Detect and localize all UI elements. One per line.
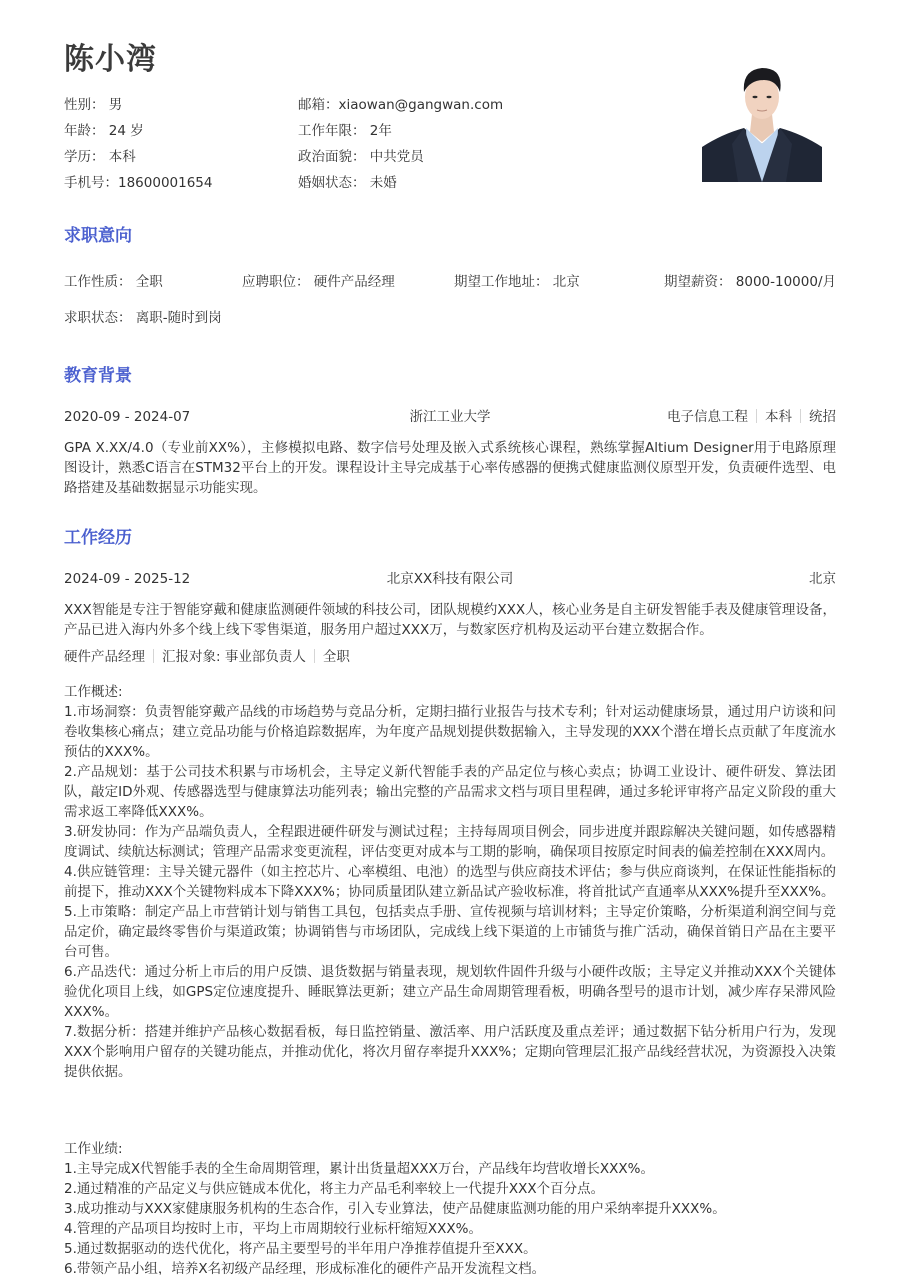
work-overview: 工作概述: 1.市场洞察：负责智能穿戴产品线的市场趋势与竞品分析，定期扫描行业报…	[64, 682, 836, 1082]
achievement-item: 3.成功推动与XXX家健康服务机构的生态合作，引入专业算法，使产品健康监测功能的…	[64, 1199, 836, 1219]
info-label: 手机号：	[64, 175, 118, 191]
intent-location: 期望工作地址： 北京	[454, 272, 660, 292]
info-value: 未婚	[370, 175, 397, 191]
overview-item: 7.数据分析：搭建并维护产品核心数据看板，每日监控销量、激活率、用户活跃度及重点…	[64, 1022, 836, 1082]
work-meta: 硬件产品经理汇报对象: 事业部负责人全职	[64, 647, 836, 667]
education-period: 2020-09 - 2024-07	[64, 407, 190, 427]
basic-info-right: 邮箱：xiaowan@gangwan.com 工作年限： 2年 政治面貌： 中共…	[298, 92, 503, 196]
info-value: 男	[109, 97, 123, 113]
info-label: 年龄：	[64, 123, 105, 139]
achievement-item: 2.通过精准的产品定义与供应链成本优化，将主力产品毛利率较上一代提升XXX个百分…	[64, 1179, 836, 1199]
work-header: 2024-09 - 2025-12 北京XX科技有限公司 北京	[64, 569, 836, 589]
achievements-title: 工作业绩:	[64, 1139, 836, 1159]
overview-item: 3.研发协同：作为产品端负责人，全程跟进硬件研发与测试过程；主持每周项目例会，同…	[64, 822, 836, 862]
overview-item: 1.市场洞察：负责智能穿戴产品线的市场趋势与竞品分析，定期扫描行业报告与技术专利…	[64, 702, 836, 762]
info-age: 年龄： 24 岁	[64, 118, 212, 144]
achievement-item: 1.主导完成X代智能手表的全生命周期管理，累计出货量超XXX万台，产品线年均营收…	[64, 1159, 836, 1179]
education-header: 2020-09 - 2024-07 浙江工业大学 电子信息工程本科统招	[64, 407, 836, 427]
separator	[153, 649, 154, 663]
education-type: 统招	[809, 409, 836, 425]
intent-value: 全职	[136, 274, 163, 290]
info-value: xiaowan@gangwan.com	[339, 97, 504, 113]
section-title-work: 工作经历	[64, 526, 132, 550]
overview-item: 2.产品规划：基于公司技术积累与市场机会，主导定义新代智能手表的产品定位与核心卖…	[64, 762, 836, 822]
info-label: 邮箱：	[298, 97, 339, 113]
work-report-to: 汇报对象: 事业部负责人	[162, 649, 306, 665]
info-work-years: 工作年限： 2年	[298, 118, 503, 144]
intent-label: 期望薪资：	[664, 274, 732, 290]
separator	[314, 649, 315, 663]
info-label: 学历：	[64, 149, 105, 165]
work-position: 硬件产品经理	[64, 649, 145, 665]
intent-label: 应聘职位：	[242, 274, 310, 290]
work-job-type: 全职	[323, 649, 350, 665]
profile-photo	[702, 52, 822, 182]
portrait-icon	[702, 52, 822, 182]
section-title-education: 教育背景	[64, 364, 132, 388]
info-label: 婚姻状态：	[298, 175, 366, 191]
info-label: 工作年限：	[298, 123, 366, 139]
overview-item: 6.产品迭代：通过分析上市后的用户反馈、退货数据与销量表现，规划软件固件升级与小…	[64, 962, 836, 1022]
info-label: 政治面貌：	[298, 149, 366, 165]
intent-value: 8000-10000/月	[736, 274, 836, 290]
overview-item: 4.供应链管理：主导关键元器件（如主控芯片、心率模组、电池）的选型与供应商技术评…	[64, 862, 836, 902]
job-intent-row: 工作性质： 全职 应聘职位： 硬件产品经理 期望工作地址： 北京 期望薪资： 8…	[64, 272, 836, 292]
info-value: 中共党员	[370, 149, 424, 165]
overview-title: 工作概述:	[64, 682, 836, 702]
education-major: 电子信息工程	[667, 409, 748, 425]
intent-value: 离职-随时到岗	[136, 310, 222, 326]
info-phone: 手机号：18600001654	[64, 170, 212, 196]
intent-status: 求职状态： 离职-随时到岗	[64, 308, 836, 328]
education-description: GPA X.XX/4.0（专业前XX%），主修模拟电路、数字信号处理及嵌入式系统…	[64, 438, 836, 498]
work-period: 2024-09 - 2025-12	[64, 569, 190, 589]
intent-work-type: 工作性质： 全职	[64, 272, 242, 292]
info-marital-status: 婚姻状态： 未婚	[298, 170, 503, 196]
basic-info-left: 性别： 男 年龄： 24 岁 学历： 本科 手机号：18600001654	[64, 92, 212, 196]
work-achievements: 工作业绩: 1.主导完成X代智能手表的全生命周期管理，累计出货量超XXX万台，产…	[64, 1139, 836, 1275]
info-value: 18600001654	[118, 175, 212, 191]
intent-position: 应聘职位： 硬件产品经理	[242, 272, 454, 292]
info-value: 2年	[370, 123, 392, 139]
education-meta: 电子信息工程本科统招	[667, 407, 836, 427]
achievement-item: 6.带领产品小组，培养X名初级产品经理，形成标准化的硬件产品开发流程文档。	[64, 1259, 836, 1275]
intent-value: 硬件产品经理	[314, 274, 395, 290]
separator	[756, 409, 757, 423]
intent-label: 期望工作地址：	[454, 274, 549, 290]
education-degree: 本科	[765, 409, 792, 425]
info-label: 性别：	[64, 97, 105, 113]
intent-label: 求职状态：	[64, 310, 132, 326]
work-location: 北京	[809, 569, 836, 589]
intent-label: 工作性质：	[64, 274, 132, 290]
info-value: 本科	[109, 149, 136, 165]
info-value: 24 岁	[109, 123, 144, 139]
overview-item: 5.上市策略：制定产品上市营销计划与销售工具包，包括卖点手册、宣传视频与培训材料…	[64, 902, 836, 962]
company-intro: XXX智能是专注于智能穿戴和健康监测硬件领域的科技公司，团队规模约XXX人，核心…	[64, 600, 836, 640]
candidate-name: 陈小湾	[64, 40, 157, 80]
info-political-status: 政治面貌： 中共党员	[298, 144, 503, 170]
separator	[800, 409, 801, 423]
intent-salary: 期望薪资： 8000-10000/月	[660, 272, 836, 292]
section-title-job-intent: 求职意向	[64, 224, 132, 248]
info-education: 学历： 本科	[64, 144, 212, 170]
achievement-item: 4.管理的产品项目均按时上市，平均上市周期较行业标杆缩短XXX%。	[64, 1219, 836, 1239]
intent-value: 北京	[553, 274, 580, 290]
achievement-item: 5.通过数据驱动的迭代优化，将产品主要型号的半年用户净推荐值提升至XXX。	[64, 1239, 836, 1259]
info-email: 邮箱：xiaowan@gangwan.com	[298, 92, 503, 118]
info-gender: 性别： 男	[64, 92, 212, 118]
